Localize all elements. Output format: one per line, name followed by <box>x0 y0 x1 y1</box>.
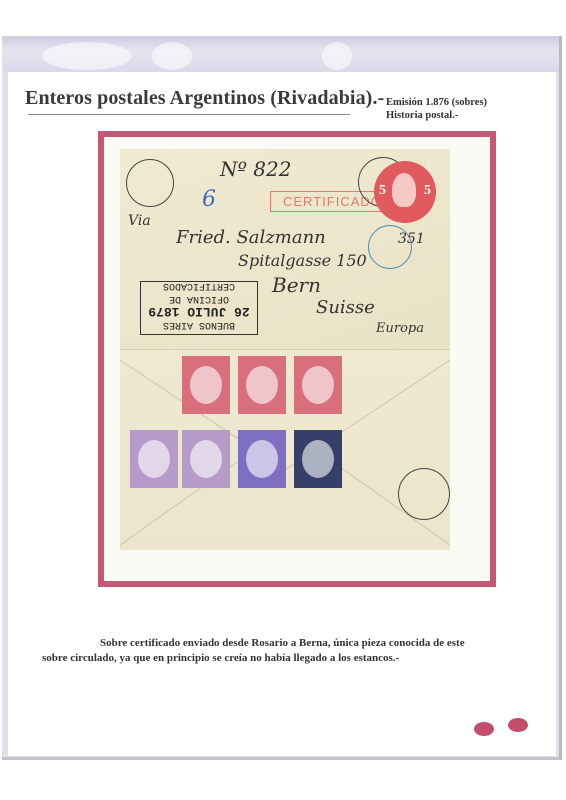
stamp-portrait <box>190 366 222 404</box>
caption-line-1: Sobre certificado enviado desde Rosario … <box>48 636 508 651</box>
registered-office-box-stamp: BUENOS AIRES 26 JULIO 1879 OFICINA DE CE… <box>140 281 258 335</box>
address-street: Spitalgasse 150 <box>238 251 367 270</box>
sleeve-top-edge <box>2 36 559 72</box>
stamp-portrait <box>246 440 278 478</box>
address-country: Suisse <box>316 297 375 318</box>
address-name: Fried. Salzmann <box>176 227 326 248</box>
sleeve-glare <box>322 42 352 70</box>
postage-stamp <box>294 430 342 488</box>
blue-mark: 6 <box>202 187 216 212</box>
rivadavia-portrait <box>392 173 416 207</box>
box-stamp-city: BUENOS AIRES <box>141 318 257 331</box>
album-page: Enteros postales Argentinos (Rivadabia).… <box>8 72 556 756</box>
pencil-mark: 351 <box>398 231 425 247</box>
postage-stamp <box>294 356 342 414</box>
address-city: Bern <box>272 273 321 297</box>
envelope-front: Nº 822 6 CERTIFICADO 5 5 351 Via Fried. … <box>120 149 450 349</box>
sleeve-glare <box>42 42 132 70</box>
registration-number: Nº 822 <box>220 157 291 181</box>
address-region: Europa <box>376 321 424 336</box>
indicia-value-right: 5 <box>424 183 431 199</box>
postage-stamp <box>182 356 230 414</box>
stamp-portrait <box>246 366 278 404</box>
via-text: Via <box>128 213 151 229</box>
postage-stamp <box>238 356 286 414</box>
stamp-portrait <box>190 440 222 478</box>
box-stamp-office: OFICINA DE CERTIFICADOS <box>141 279 257 305</box>
postage-stamp <box>238 430 286 488</box>
sleeve-glare <box>152 42 192 70</box>
caption-line-2: sobre circulado, ya que en principio se … <box>42 651 508 666</box>
postage-stamp <box>182 430 230 488</box>
arrival-postmark-bern <box>398 468 450 520</box>
decorative-dot <box>474 722 494 736</box>
decorative-dot <box>508 718 528 732</box>
box-stamp-date: 26 JULIO 1879 <box>141 305 257 318</box>
title-underline <box>28 114 350 115</box>
postmark-buenos-aires <box>126 159 174 207</box>
caption: Sobre certificado enviado desde Rosario … <box>48 636 508 666</box>
envelope-back <box>120 349 450 550</box>
stamp-portrait <box>302 440 334 478</box>
subtitle-emission: Emisión 1.876 (sobres) <box>386 96 487 109</box>
page-subtitle: Emisión 1.876 (sobres) Historia postal.- <box>386 96 487 122</box>
mount-inner: Nº 822 6 CERTIFICADO 5 5 351 Via Fried. … <box>104 137 490 581</box>
indicia-5-centavos: 5 5 <box>374 161 436 223</box>
indicia-value-left: 5 <box>379 183 386 199</box>
stamp-portrait <box>302 366 334 404</box>
postage-stamp <box>130 430 178 488</box>
subtitle-history: Historia postal.- <box>386 109 487 122</box>
stamp-portrait <box>138 440 170 478</box>
envelope-mount: Nº 822 6 CERTIFICADO 5 5 351 Via Fried. … <box>98 131 496 587</box>
page-title: Enteros postales Argentinos (Rivadabia).… <box>25 87 384 110</box>
